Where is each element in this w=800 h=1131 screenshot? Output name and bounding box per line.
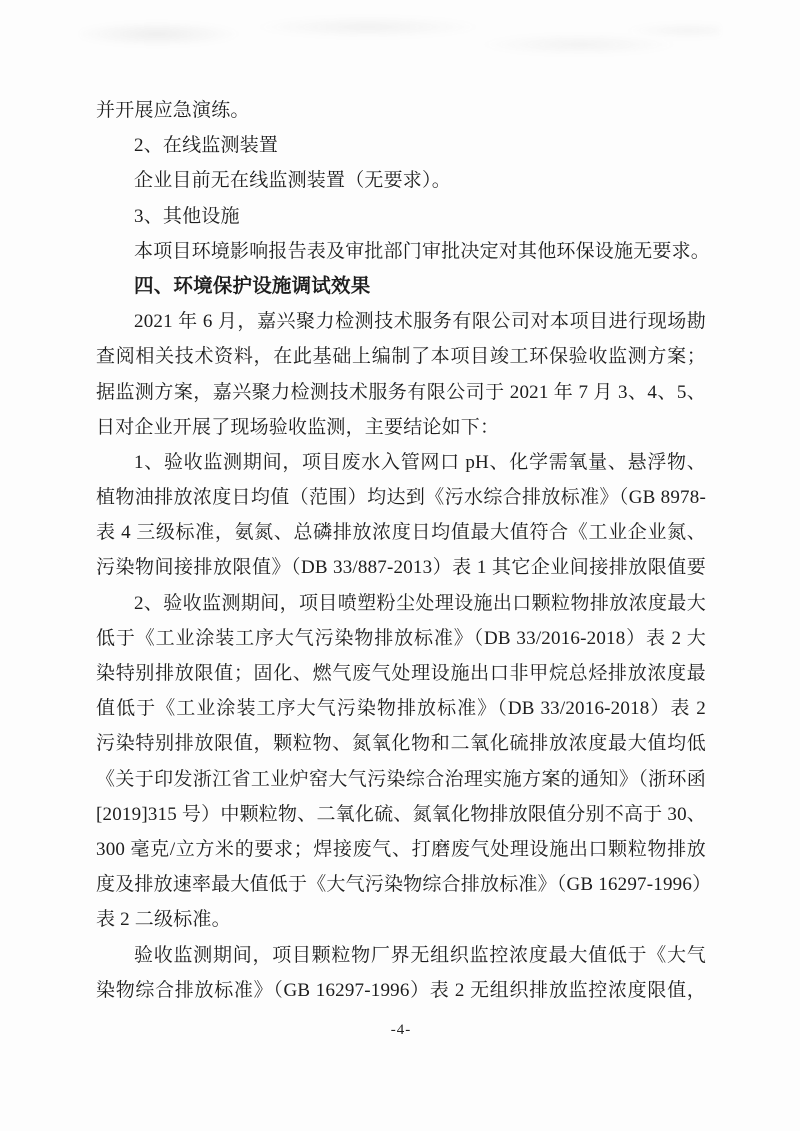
- scan-artifact: [80, 6, 720, 76]
- text-line: 3、其他设施: [96, 199, 706, 234]
- text-line: 据监测方案，嘉兴聚力检测技术服务有限公司于 2021 年 7 月 3、4、5、6: [96, 375, 706, 410]
- document-page: 并开展应急演练。2、在线监测装置企业目前无在线监测装置（无要求）。3、其他设施本…: [0, 0, 800, 1131]
- text-line: 2、在线监测装置: [96, 128, 706, 163]
- text-line: 低于《工业涂装工序大气污染物排放标准》（DB 33/2016-2018）表 2 …: [96, 621, 706, 656]
- section-heading: 四、环境保护设施调试效果: [96, 269, 706, 304]
- text-line: 表 4 三级标准，氨氮、总磷排放浓度日均值最大值符合《工业企业氮、磷: [96, 515, 706, 550]
- text-line: 300 毫克/立方米的要求；焊接废气、打磨废气处理设施出口颗粒物排放浓: [96, 832, 706, 867]
- text-line: 污染物间接排放限值》（DB 33/887-2013）表 1 其它企业间接排放限值…: [96, 550, 706, 585]
- text-line: [2019]315 号）中颗粒物、二氧化硫、氮氧化物排放限值分别不高于 30、2…: [96, 797, 706, 832]
- text-line: 度及排放速率最大值低于《大气污染物综合排放标准》（GB 16297-1996）: [96, 867, 706, 902]
- text-line: 2021 年 6 月，嘉兴聚力检测技术服务有限公司对本项目进行现场勘察，: [96, 304, 706, 339]
- text-line: 1、验收监测期间，项目废水入管网口 pH、化学需氧量、悬浮物、动: [96, 445, 706, 480]
- text-line: 染物综合排放标准》（GB 16297-1996）表 2 无组织排放监控浓度限值，…: [96, 973, 706, 1008]
- text-line: 值低于《工业涂装工序大气污染物排放标准》（DB 33/2016-2018）表 2…: [96, 691, 706, 726]
- text-line: 表 2 二级标准。: [96, 902, 706, 937]
- text-line: 植物油排放浓度日均值（范围）均达到《污水综合排放标准》（GB 8978-1996…: [96, 480, 706, 515]
- document-body: 并开展应急演练。2、在线监测装置企业目前无在线监测装置（无要求）。3、其他设施本…: [96, 93, 706, 1008]
- text-line: 染特别排放限值；固化、燃气废气处理设施出口非甲烷总烃排放浓度最大: [96, 656, 706, 691]
- text-line: 污染特别排放限值，颗粒物、氮氧化物和二氧化硫排放浓度最大值均低于: [96, 726, 706, 761]
- text-line: 日对企业开展了现场验收监测，主要结论如下：: [96, 410, 706, 445]
- text-line: 本项目环境影响报告表及审批部门审批决定对其他环保设施无要求。: [96, 234, 706, 269]
- page-number: -4-: [96, 1020, 706, 1040]
- text-line: 《关于印发浙江省工业炉窑大气污染综合治理实施方案的通知》（浙环函: [96, 762, 706, 797]
- text-line: 查阅相关技术资料，在此基础上编制了本项目竣工环保验收监测方案；依: [96, 339, 706, 374]
- text-line: 2、验收监测期间，项目喷塑粉尘处理设施出口颗粒物排放浓度最大值: [96, 586, 706, 621]
- text-line: 企业目前无在线监测装置（无要求）。: [96, 163, 706, 198]
- text-line: 验收监测期间，项目颗粒物厂界无组织监控浓度最大值低于《大气污: [96, 938, 706, 973]
- text-line: 并开展应急演练。: [96, 93, 706, 128]
